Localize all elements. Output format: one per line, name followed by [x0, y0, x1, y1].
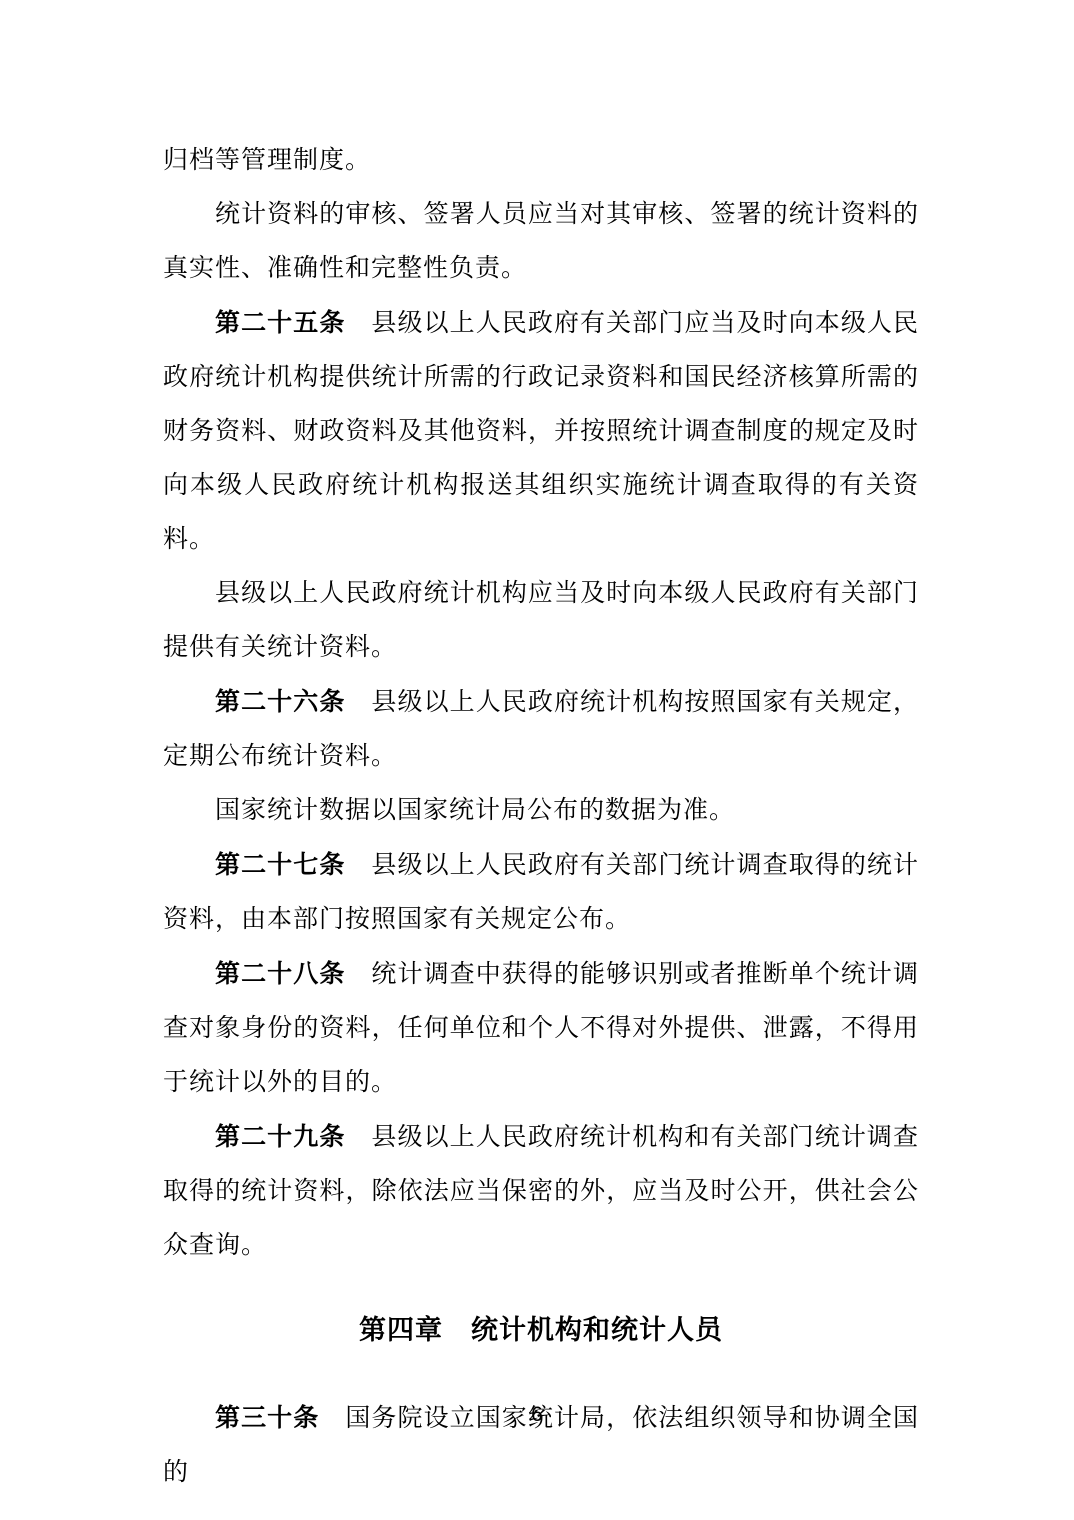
paragraph: 第二十六条县级以上人民政府统计机构按照国家有关规定，定期公布统计资料。 — [163, 675, 919, 784]
document-page: 归档等管理制度。 统计资料的审核、签署人员应当对其审核、签署的统计资料的真实性、… — [0, 0, 1074, 1520]
paragraph-text: 县级以上人民政府统计机构应当及时向本级人民政府有关部门提供有关统计资料。 — [163, 580, 919, 661]
paragraph: 第二十九条县级以上人民政府统计机构和有关部门统计调查取得的统计资料，除依法应当保… — [163, 1110, 919, 1273]
paragraph: 国家统计数据以国家统计局公布的数据为准。 — [163, 784, 919, 838]
document-body: 归档等管理制度。 统计资料的审核、签署人员应当对其审核、签署的统计资料的真实性、… — [163, 134, 919, 1500]
paragraph: 县级以上人民政府统计机构应当及时向本级人民政府有关部门提供有关统计资料。 — [163, 567, 919, 675]
page-number: 6 — [531, 1403, 543, 1426]
paragraph: 第二十七条县级以上人民政府有关部门统计调查取得的统计资料，由本部门按照国家有关规… — [163, 838, 919, 947]
paragraph-text: 归档等管理制度。 — [163, 147, 371, 174]
paragraph: 归档等管理制度。 — [163, 134, 919, 188]
paragraph-text: 国家统计数据以国家统计局公布的数据为准。 — [215, 797, 735, 824]
article-number: 第二十五条 — [215, 309, 345, 337]
article-number: 第二十八条 — [215, 960, 345, 988]
paragraph: 第二十八条统计调查中获得的能够识别或者推断单个统计调查对象身份的资料，任何单位和… — [163, 947, 919, 1110]
article-number: 第二十九条 — [215, 1123, 345, 1151]
paragraph: 统计资料的审核、签署人员应当对其审核、签署的统计资料的真实性、准确性和完整性负责… — [163, 188, 919, 296]
paragraph-text: 县级以上人民政府有关部门应当及时向本级人民政府统计机构提供统计所需的行政记录资料… — [163, 310, 919, 553]
paragraph-text: 统计资料的审核、签署人员应当对其审核、签署的统计资料的真实性、准确性和完整性负责… — [163, 201, 919, 282]
page-footer: 6 — [0, 1400, 1074, 1430]
article-number: 第二十七条 — [215, 851, 345, 879]
chapter-heading: 第四章 统计机构和统计人员 — [163, 1303, 919, 1357]
article-number: 第二十六条 — [215, 688, 345, 716]
paragraph: 第二十五条县级以上人民政府有关部门应当及时向本级人民政府统计机构提供统计所需的行… — [163, 296, 919, 567]
